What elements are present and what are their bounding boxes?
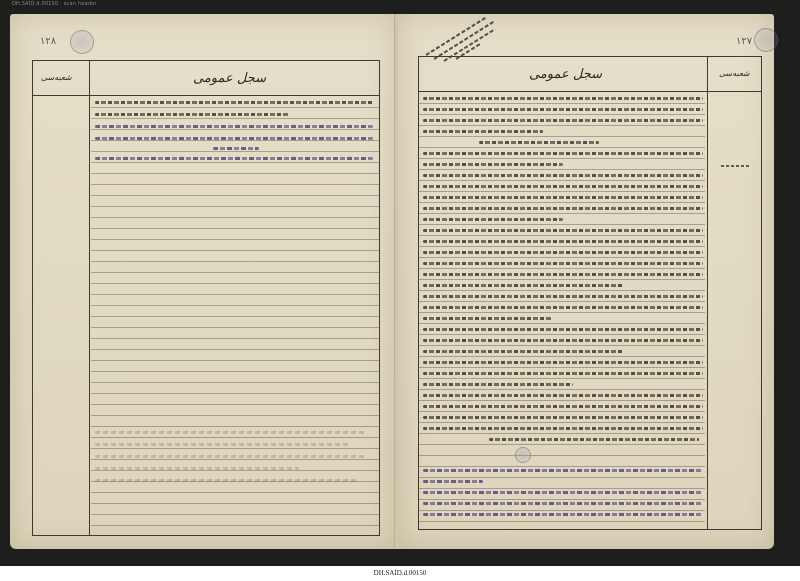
right-handwriting-line [423,97,703,100]
left-bleed-through-line [95,479,359,482]
left-handwriting-line [213,147,259,150]
left-page: ١٢٨ شعبه‌سی سجل عمومی [10,14,396,549]
right-inline-seal [515,447,531,463]
scan-background: DH.SAİD.d.00150 · scan header ١٢٨ شعبه‌س… [0,0,800,566]
left-folio-number: ١٢٨ [40,36,56,47]
right-ledger-frame: شعبه‌سی سجل عمومی [418,56,762,530]
right-handwriting-line [423,405,703,408]
right-handwriting-line [423,130,543,133]
right-handwriting-line [423,350,623,353]
left-handwriting-line [95,113,289,116]
right-ruled-lines [419,93,705,529]
left-side-column-title: شعبه‌سی [41,73,72,82]
right-handwriting-line [423,502,703,505]
right-handwriting-line [423,469,703,472]
right-handwriting-line [423,328,703,331]
right-register-title: سجل عمومی [529,67,602,82]
right-handwriting-line [423,284,623,287]
left-handwriting-line [95,157,373,160]
right-margin-annotation [721,165,751,167]
right-handwriting-line [423,196,703,199]
right-side-column-title: شعبه‌سی [719,69,750,78]
right-handwriting-line [423,174,703,177]
right-handwriting-line [423,372,703,375]
right-handwriting-line [423,361,703,364]
left-bleed-through-line [95,455,367,458]
right-handwriting-line [423,273,703,276]
right-folio-number: ١٢٧ [736,36,752,47]
right-handwriting-line [423,427,703,430]
right-handwriting-line [423,240,703,243]
right-page: ١٢٧ شعبه‌سی سجل عمومی [398,14,774,549]
left-handwriting-line [95,137,373,140]
left-bleed-through-line [95,467,299,470]
left-bleed-through-line [95,431,367,434]
right-handwriting-line [479,141,599,144]
left-handwriting-line [95,125,373,128]
right-handwriting-line [423,394,703,397]
right-handwriting-line [423,513,703,516]
right-diagonal-note [425,17,485,56]
right-handwriting-line [423,119,703,122]
left-archive-stamp [70,30,94,54]
left-handwriting-line [95,101,373,104]
right-handwriting-line [423,480,483,483]
scan-header-strip: DH.SAİD.d.00150 · scan header [12,1,97,7]
left-ledger-column-divider [89,61,90,535]
left-bleed-through-line [95,443,349,446]
right-handwriting-line [423,152,703,155]
right-handwriting-line [489,438,699,441]
right-handwriting-line [423,317,553,320]
right-handwriting-line [423,339,703,342]
right-handwriting-line [423,491,703,494]
right-handwriting-line [423,207,703,210]
right-handwriting-line [423,383,573,386]
right-handwriting-line [423,229,703,232]
right-ledger-column-divider [707,57,708,529]
right-handwriting-line [423,218,563,221]
right-handwriting-line [423,251,703,254]
right-handwriting-line [423,262,703,265]
left-ledger-frame: شعبه‌سی سجل عمومی [32,60,380,536]
right-handwriting-line [423,108,703,111]
right-archive-stamp [754,28,778,52]
right-handwriting-line [423,295,703,298]
archive-reference-label: DH.SAİD.d.00150 [0,569,800,577]
left-register-title: سجل عمومی [193,71,266,86]
right-handwriting-line [423,185,703,188]
right-handwriting-line [423,163,563,166]
right-handwriting-line [423,306,703,309]
right-handwriting-line [423,416,703,419]
